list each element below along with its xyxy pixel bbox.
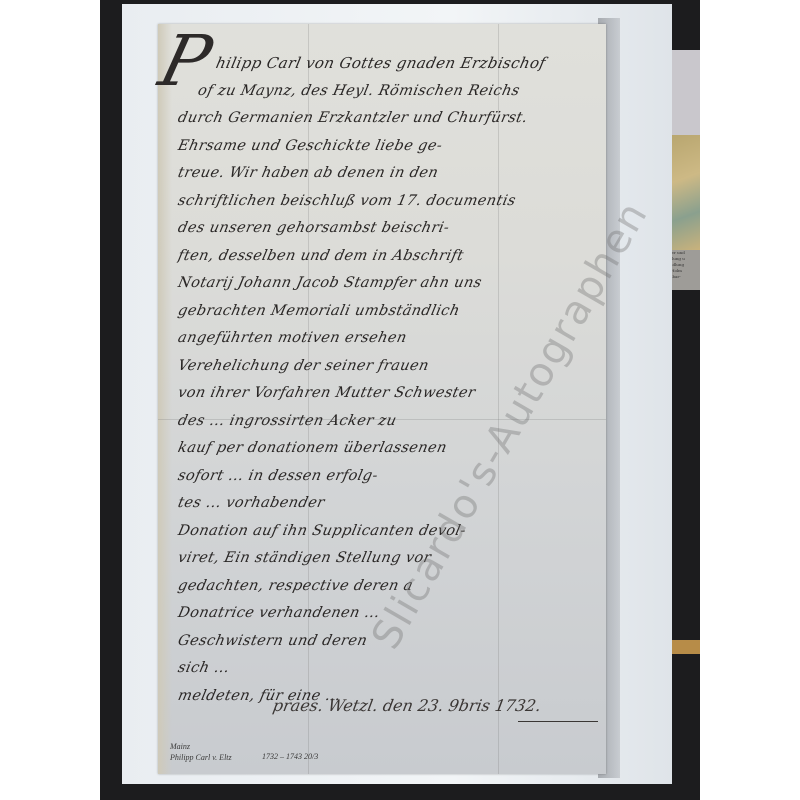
text-line: des unseren gehorsambst beischri- <box>175 215 601 243</box>
date-line: praes. Wetzl. den 23. 9bris 1732. <box>271 696 542 715</box>
text-line: hilipp Carl von Gottes gnaden Erzbischof <box>175 50 601 78</box>
archive-place: Mainz <box>170 741 232 752</box>
text-line: Donation auf ihn Supplicanten devol- <box>175 518 601 546</box>
archive-range: 1732 – 1743 20/3 <box>262 752 318 761</box>
text-line: sofort ... in dessen erfolg- <box>175 463 601 491</box>
text-line: of zu Maynz, des Heyl. Römischen Reichs <box>175 78 601 106</box>
archive-years: 1732 – 1743 <box>262 752 302 761</box>
right-margin <box>700 0 800 800</box>
text-line: durch Germanien Erzkantzler und Churfürs… <box>175 105 601 133</box>
archive-note: Mainz Philipp Carl v. Eltz <box>170 741 232 763</box>
archive-ref: 20/3 <box>304 752 318 761</box>
text-line: Ehrsame und Geschickte liebe ge- <box>175 133 601 161</box>
text-line: tes ... vorhabender <box>175 490 601 518</box>
text-line: kauf per donationem überlassenen <box>175 435 601 463</box>
left-margin <box>0 0 100 800</box>
text-line: sich ... <box>175 655 601 683</box>
manuscript-page: P hilipp Carl von Gottes gnaden Erzbisch… <box>158 24 606 774</box>
text-line: gebrachten Memoriali umbständlich <box>175 298 601 326</box>
text-line: ften, desselben und dem in Abschrift <box>175 243 601 271</box>
text-line: treue. Wir haben ab denen in den <box>175 160 601 188</box>
text-line: schriftlichen beischluß vom 17. document… <box>175 188 601 216</box>
text-line: Notarij Johann Jacob Stampfer ahn uns <box>175 270 601 298</box>
text-line: viret, Ein ständigen Stellung vor <box>175 545 601 573</box>
date-underline <box>518 721 598 722</box>
archive-person: Philipp Carl v. Eltz <box>170 752 232 763</box>
background-wood-strip <box>668 640 700 654</box>
photo-scene: Acker und Stellung u Handlung als Holm N… <box>0 0 800 800</box>
